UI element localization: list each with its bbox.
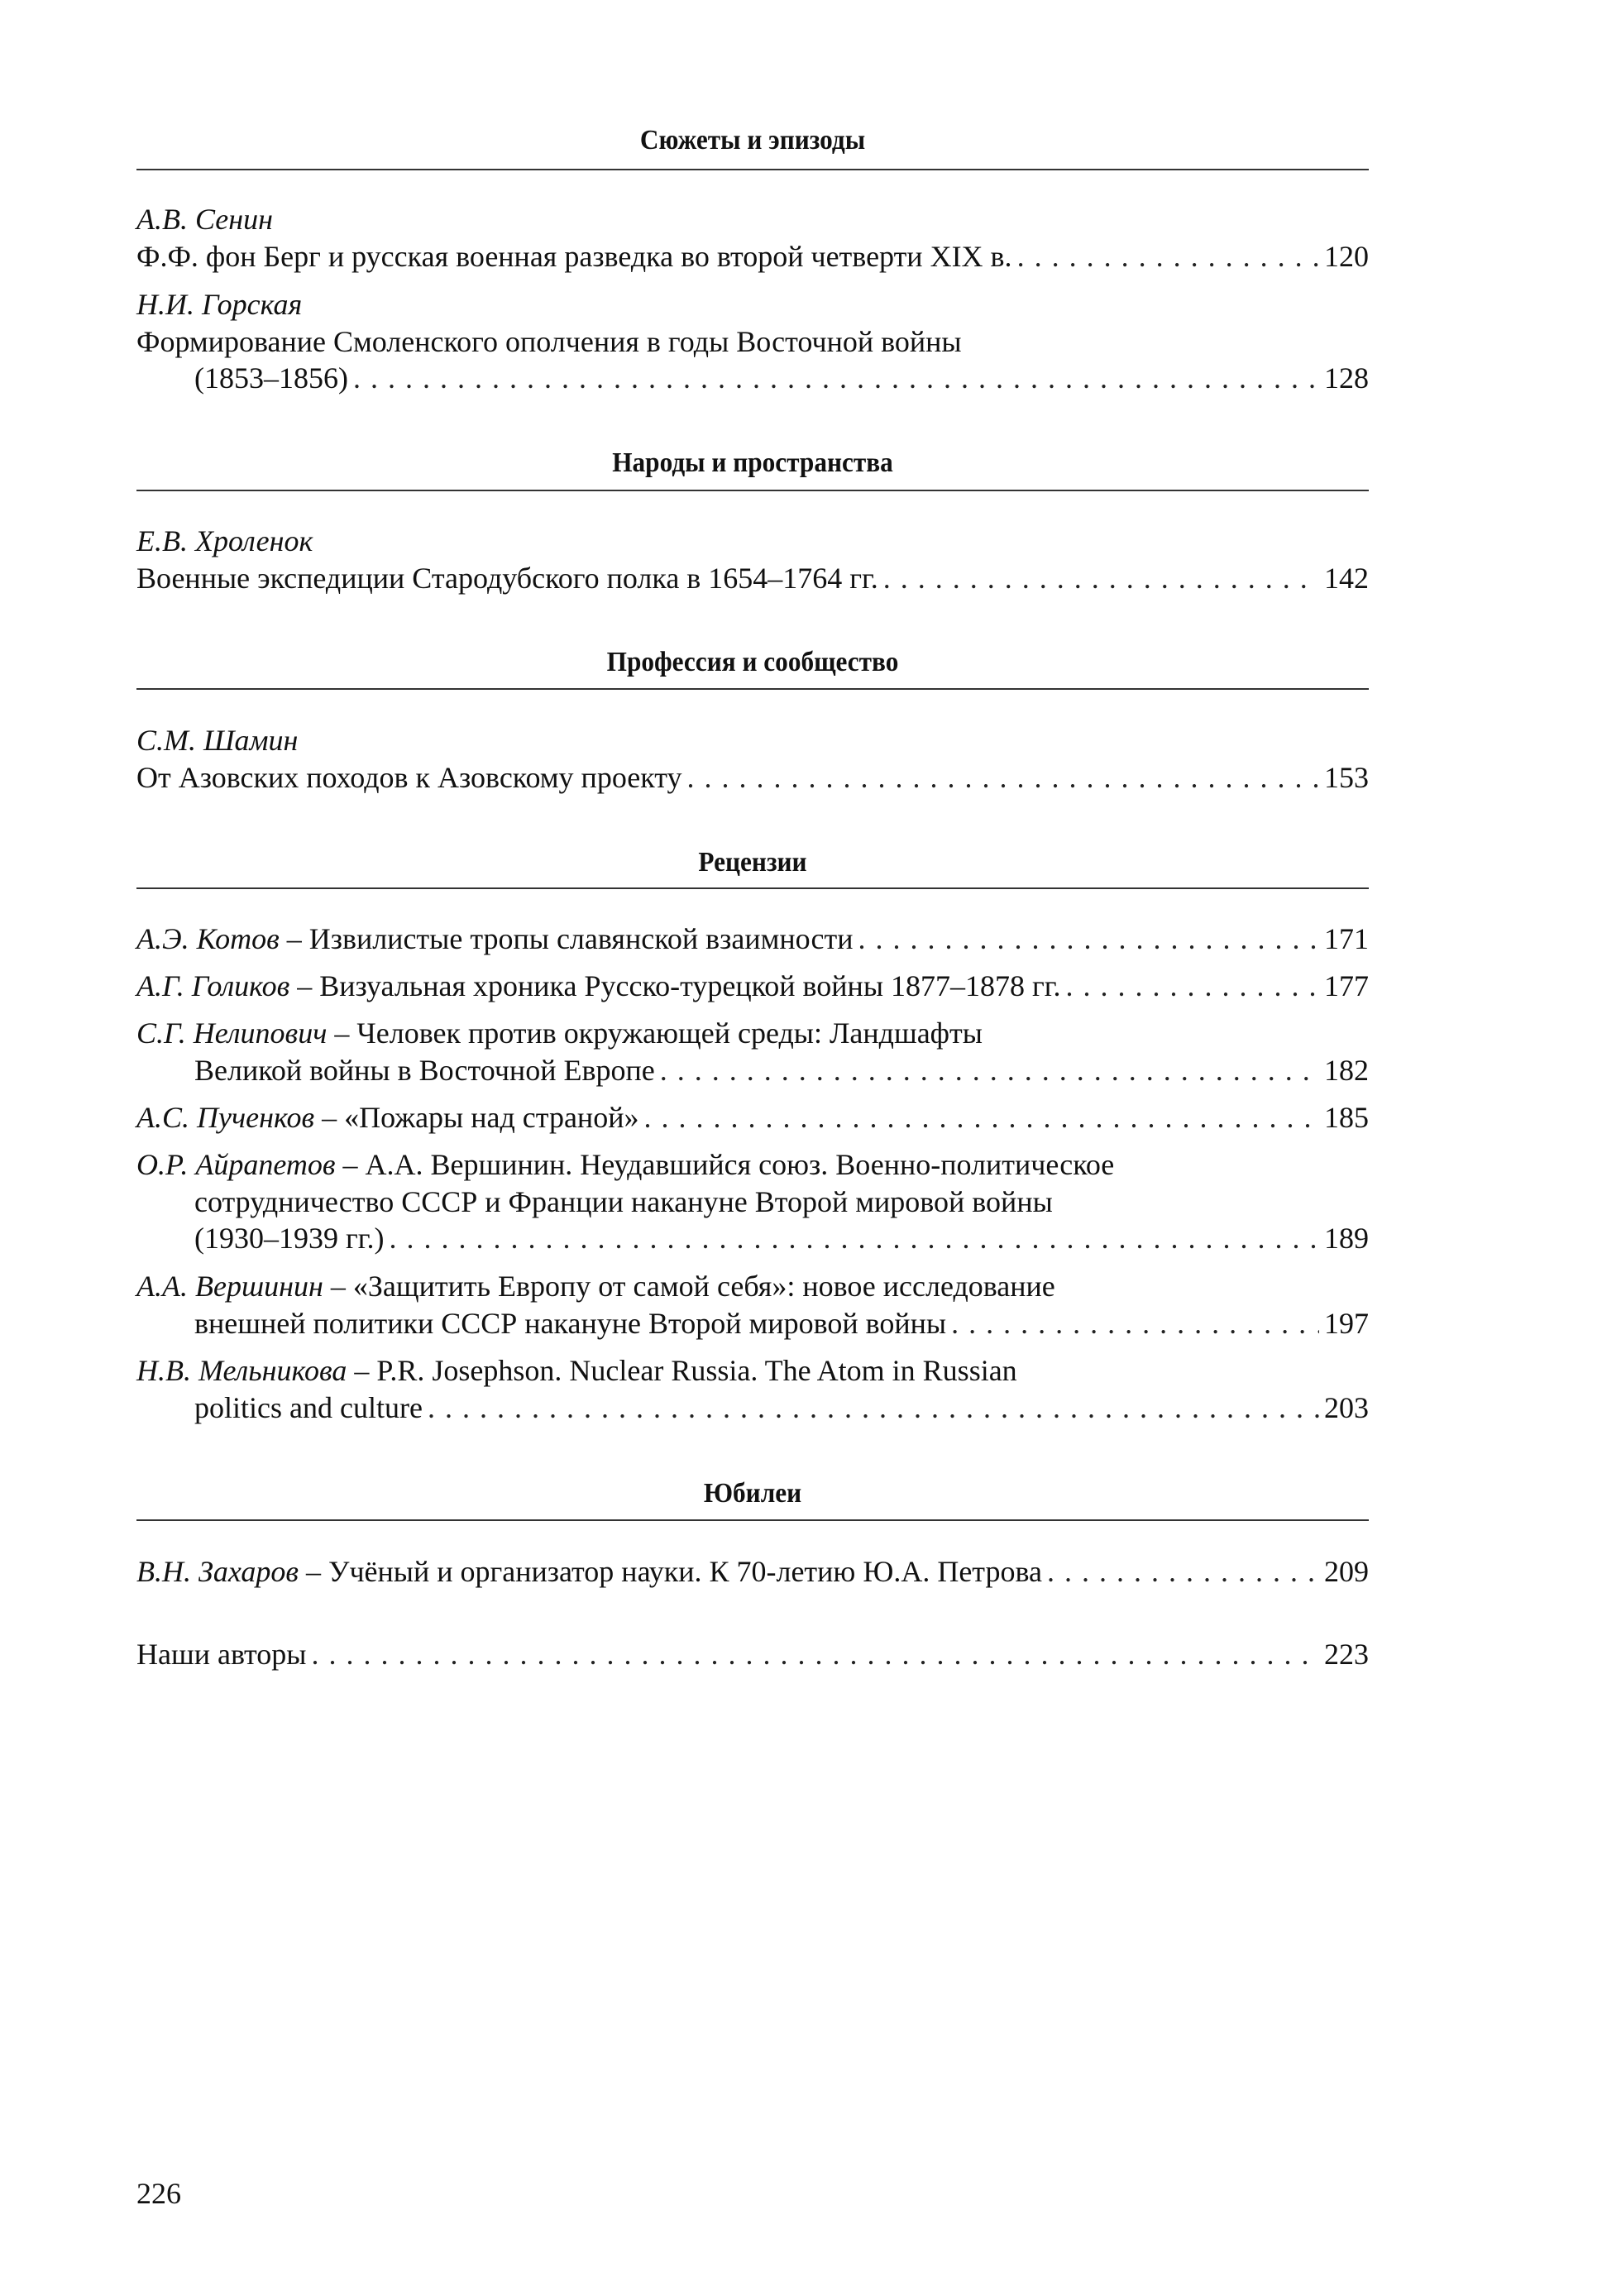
toc-author: Н.И. Горская: [136, 286, 1369, 323]
leader-dots: [643, 1099, 1319, 1136]
toc-entry-title-cont: politics and culture: [194, 1390, 423, 1426]
toc-author: А.А. Вершинин: [136, 1270, 323, 1303]
toc-page-number: 203: [1324, 1390, 1369, 1426]
toc-page-number: 120: [1324, 238, 1369, 275]
section-title: Рецензии: [186, 846, 1320, 879]
toc-entry-title: Военные экспедиции Стародубского полка в…: [136, 560, 878, 596]
leader-dots: [883, 560, 1319, 596]
leader-dots: [1047, 1553, 1319, 1590]
toc-page-number: 209: [1324, 1553, 1369, 1590]
toc-author: С.М. Шамин: [136, 722, 1369, 758]
leader-dots: [687, 759, 1319, 796]
leader-dots: [428, 1390, 1319, 1426]
section-title: Профессия и сообщество: [186, 646, 1320, 679]
leader-dots: [389, 1220, 1319, 1256]
toc-entry-title-cont: внешней политики СССР накануне Второй ми…: [194, 1305, 946, 1342]
toc-page-number: 128: [1324, 360, 1369, 396]
toc-entry-title-cont: (1930–1939 гг.): [194, 1220, 384, 1256]
toc-entry-first-line[interactable]: А.А. Вершинин – «Защитить Европу от само…: [136, 1268, 1369, 1304]
leader-dots: [660, 1052, 1319, 1088]
toc-entry-first-line[interactable]: С.Г. Нелипович – Человек против окружающ…: [136, 1015, 1369, 1051]
toc-page-number: 177: [1324, 968, 1369, 1004]
section-rule: [136, 688, 1369, 690]
toc-entry[interactable]: А.Э. Котов – Извилистые тропы славянской…: [136, 921, 1369, 957]
toc-entry[interactable]: (1930–1939 гг.) 189: [136, 1220, 1369, 1256]
toc-entry[interactable]: Великой войны в Восточной Европе 182: [136, 1052, 1369, 1088]
leader-dots: [1065, 968, 1319, 1004]
toc-entry[interactable]: Ф.Ф. фон Берг и русская военная разведка…: [136, 238, 1369, 275]
toc-entry[interactable]: А.С. Пученков – «Пожары над страной» 185: [136, 1099, 1369, 1136]
toc-entry-our-authors[interactable]: Наши авторы 223: [136, 1636, 1369, 1672]
toc-entry-title: – Учёный и организатор науки. К 70-летию…: [306, 1555, 1042, 1588]
toc-author: А.Г. Голиков: [136, 969, 289, 1002]
toc-author: Н.В. Мельникова: [136, 1354, 347, 1387]
toc-entry-title: – P.R. Josephson. Nuclear Russia. The At…: [354, 1354, 1016, 1387]
leader-dots: [312, 1636, 1320, 1672]
section-title: Народы и пространства: [186, 447, 1320, 480]
toc-entry[interactable]: politics and culture 203: [136, 1390, 1369, 1426]
toc-page-number: 142: [1324, 560, 1369, 596]
toc-entry-title-cont: Великой войны в Восточной Европе: [194, 1052, 655, 1088]
toc-entry-first-line[interactable]: Н.В. Мельникова – P.R. Josephson. Nuclea…: [136, 1352, 1369, 1389]
toc-author: А.В. Сенин: [136, 201, 1369, 237]
toc-page-number: 171: [1324, 921, 1369, 957]
toc-entry-title: – А.А. Вершинин. Неудавшийся союз. Военн…: [343, 1148, 1115, 1181]
toc-page-number: 223: [1324, 1636, 1369, 1672]
toc-page-number: 182: [1324, 1052, 1369, 1088]
section-rule: [136, 1519, 1369, 1521]
toc-author: А.С. Пученков: [136, 1101, 314, 1134]
toc-entry[interactable]: А.Г. Голиков – Визуальная хроника Русско…: [136, 968, 1369, 1004]
toc-entry-title: – Визуальная хроника Русско-турецкой вой…: [297, 969, 1060, 1002]
leader-dots: [951, 1305, 1319, 1342]
toc-author: А.Э. Котов: [136, 922, 280, 955]
toc-page-number: 153: [1324, 759, 1369, 796]
toc-entry[interactable]: В.Н. Захаров – Учёный и организатор наук…: [136, 1553, 1369, 1590]
toc-author: В.Н. Захаров: [136, 1555, 299, 1588]
leader-dots: [858, 921, 1319, 957]
page-number: 226: [136, 2175, 181, 2212]
section-rule: [136, 490, 1369, 491]
toc-entry-title[interactable]: Формирование Смоленского ополчения в год…: [136, 323, 1369, 360]
toc-entry[interactable]: (1853–1856) 128: [136, 360, 1369, 396]
toc-entry[interactable]: Военные экспедиции Стародубского полка в…: [136, 560, 1369, 596]
section-rule: [136, 887, 1369, 889]
toc-entry-title-cont: сотрудничество СССР и Франции накануне В…: [136, 1184, 1427, 1220]
section-title: Сюжеты и эпизоды: [186, 124, 1320, 157]
toc-entry-title: – «Защитить Европу от самой себя»: новое…: [331, 1270, 1055, 1303]
section-rule: [136, 169, 1369, 170]
toc-page-number: 189: [1324, 1220, 1369, 1256]
toc-entry-title: Наши авторы: [136, 1636, 307, 1672]
toc-author: Е.В. Хроленок: [136, 523, 1369, 559]
toc-entry[interactable]: внешней политики СССР накануне Второй ми…: [136, 1305, 1369, 1342]
toc-entry[interactable]: От Азовских походов к Азовскому проекту …: [136, 759, 1369, 796]
toc-entry-title: – «Пожары над страной»: [322, 1101, 638, 1134]
leader-dots: [353, 360, 1319, 396]
toc-author: С.Г. Нелипович: [136, 1016, 327, 1050]
toc-entry-title: – Человек против окружающей среды: Ландш…: [334, 1016, 983, 1050]
toc-page-number: 197: [1324, 1305, 1369, 1342]
toc-entry-title: Ф.Ф. фон Берг и русская военная разведка…: [136, 238, 1012, 275]
toc-author: О.Р. Айрапетов: [136, 1148, 336, 1181]
toc-entry-title: – Извилистые тропы славянской взаимности: [287, 922, 854, 955]
leader-dots: [1017, 238, 1319, 275]
toc-entry-first-line[interactable]: О.Р. Айрапетов – А.А. Вершинин. Неудавши…: [136, 1146, 1369, 1183]
section-title: Юбилеи: [186, 1477, 1320, 1510]
toc-entry-title-cont: (1853–1856): [194, 360, 348, 396]
toc-page-number: 185: [1324, 1099, 1369, 1136]
toc-entry-title: От Азовских походов к Азовскому проекту: [136, 759, 682, 796]
